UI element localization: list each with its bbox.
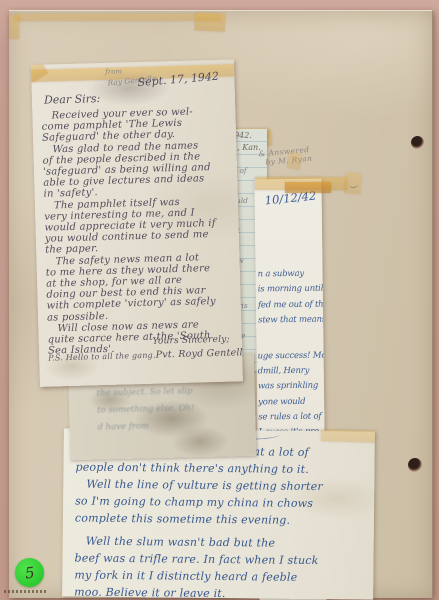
green-number-sticker: 5 <box>15 558 44 587</box>
handwritten-line: se rules a lot of <box>258 409 326 425</box>
letter-top-postscript: P.S. Hello to all the gang. <box>48 349 156 363</box>
handwritten-line: stew that means. <box>258 313 327 329</box>
letter-bottom-body: sented in such simple terms that a lot o… <box>74 442 372 600</box>
letter-top-closing: Yours Sincerely; <box>152 335 229 348</box>
tape-scrap-bit <box>287 152 302 170</box>
handwritten-line: dmill, Henry <box>258 364 327 380</box>
handwritten-line: complete this sometime this evening. <box>75 509 371 529</box>
sticker-number: 5 <box>24 563 36 582</box>
letter-right-upper-lines: n a subwayis morning untilfed me out of … <box>257 267 326 329</box>
letter-top-lines: Received your ever so wel-come pamphlet … <box>41 105 238 357</box>
handwritten-line: uge success! More <box>258 348 327 364</box>
scanned-scrapbook-screenshot: 1942. ton, Kan. nd, of)would?ightR.P.(no… <box>0 0 439 600</box>
tape-letter-right-top-2 <box>285 182 331 193</box>
answered-pencil-note: & Answered by M. Ryan <box>258 145 312 168</box>
punch-hole-top <box>411 136 424 149</box>
tape-corner-left <box>9 15 19 39</box>
punch-hole-bottom <box>408 458 422 472</box>
tape-letter-bottom-corner <box>321 429 375 442</box>
handwritten-line: to something else. Oh! <box>97 400 195 419</box>
letter-top-signature: Pvt. Royd Gentella <box>156 347 243 361</box>
scrapbook-page: 1942. ton, Kan. nd, of)would?ightR.P.(no… <box>9 10 433 598</box>
letter-top-body: Received your ever so wel-come pamphlet … <box>41 105 238 363</box>
letter-top-salutation: Dear Sirs: <box>44 92 101 107</box>
handwritten-line: is morning until <box>258 282 327 298</box>
handwritten-line: d have from <box>97 417 195 436</box>
handwritten-line: fed me out of the <box>258 297 327 313</box>
tape-blob-top <box>195 12 226 32</box>
handwritten-line: yone would <box>258 394 327 410</box>
from-note-small: from <box>105 67 122 75</box>
microprint-line <box>4 590 48 593</box>
handwritten-line: was sprinkling <box>258 379 327 395</box>
handwritten-line: n a subway <box>257 267 326 283</box>
handwritten-line: moo. Believe it or leave it. <box>74 583 370 599</box>
letter-top: from Ray Gentella Sept. 17, 1942 Dear Si… <box>31 59 243 387</box>
letter-right-lower-lines: uge success! Moredmill, Henrywas sprinkl… <box>258 348 327 440</box>
tape-residue-top <box>15 14 221 21</box>
letter-bottom-para2: Well the slum wasn't bad but thebeef was… <box>74 532 371 599</box>
